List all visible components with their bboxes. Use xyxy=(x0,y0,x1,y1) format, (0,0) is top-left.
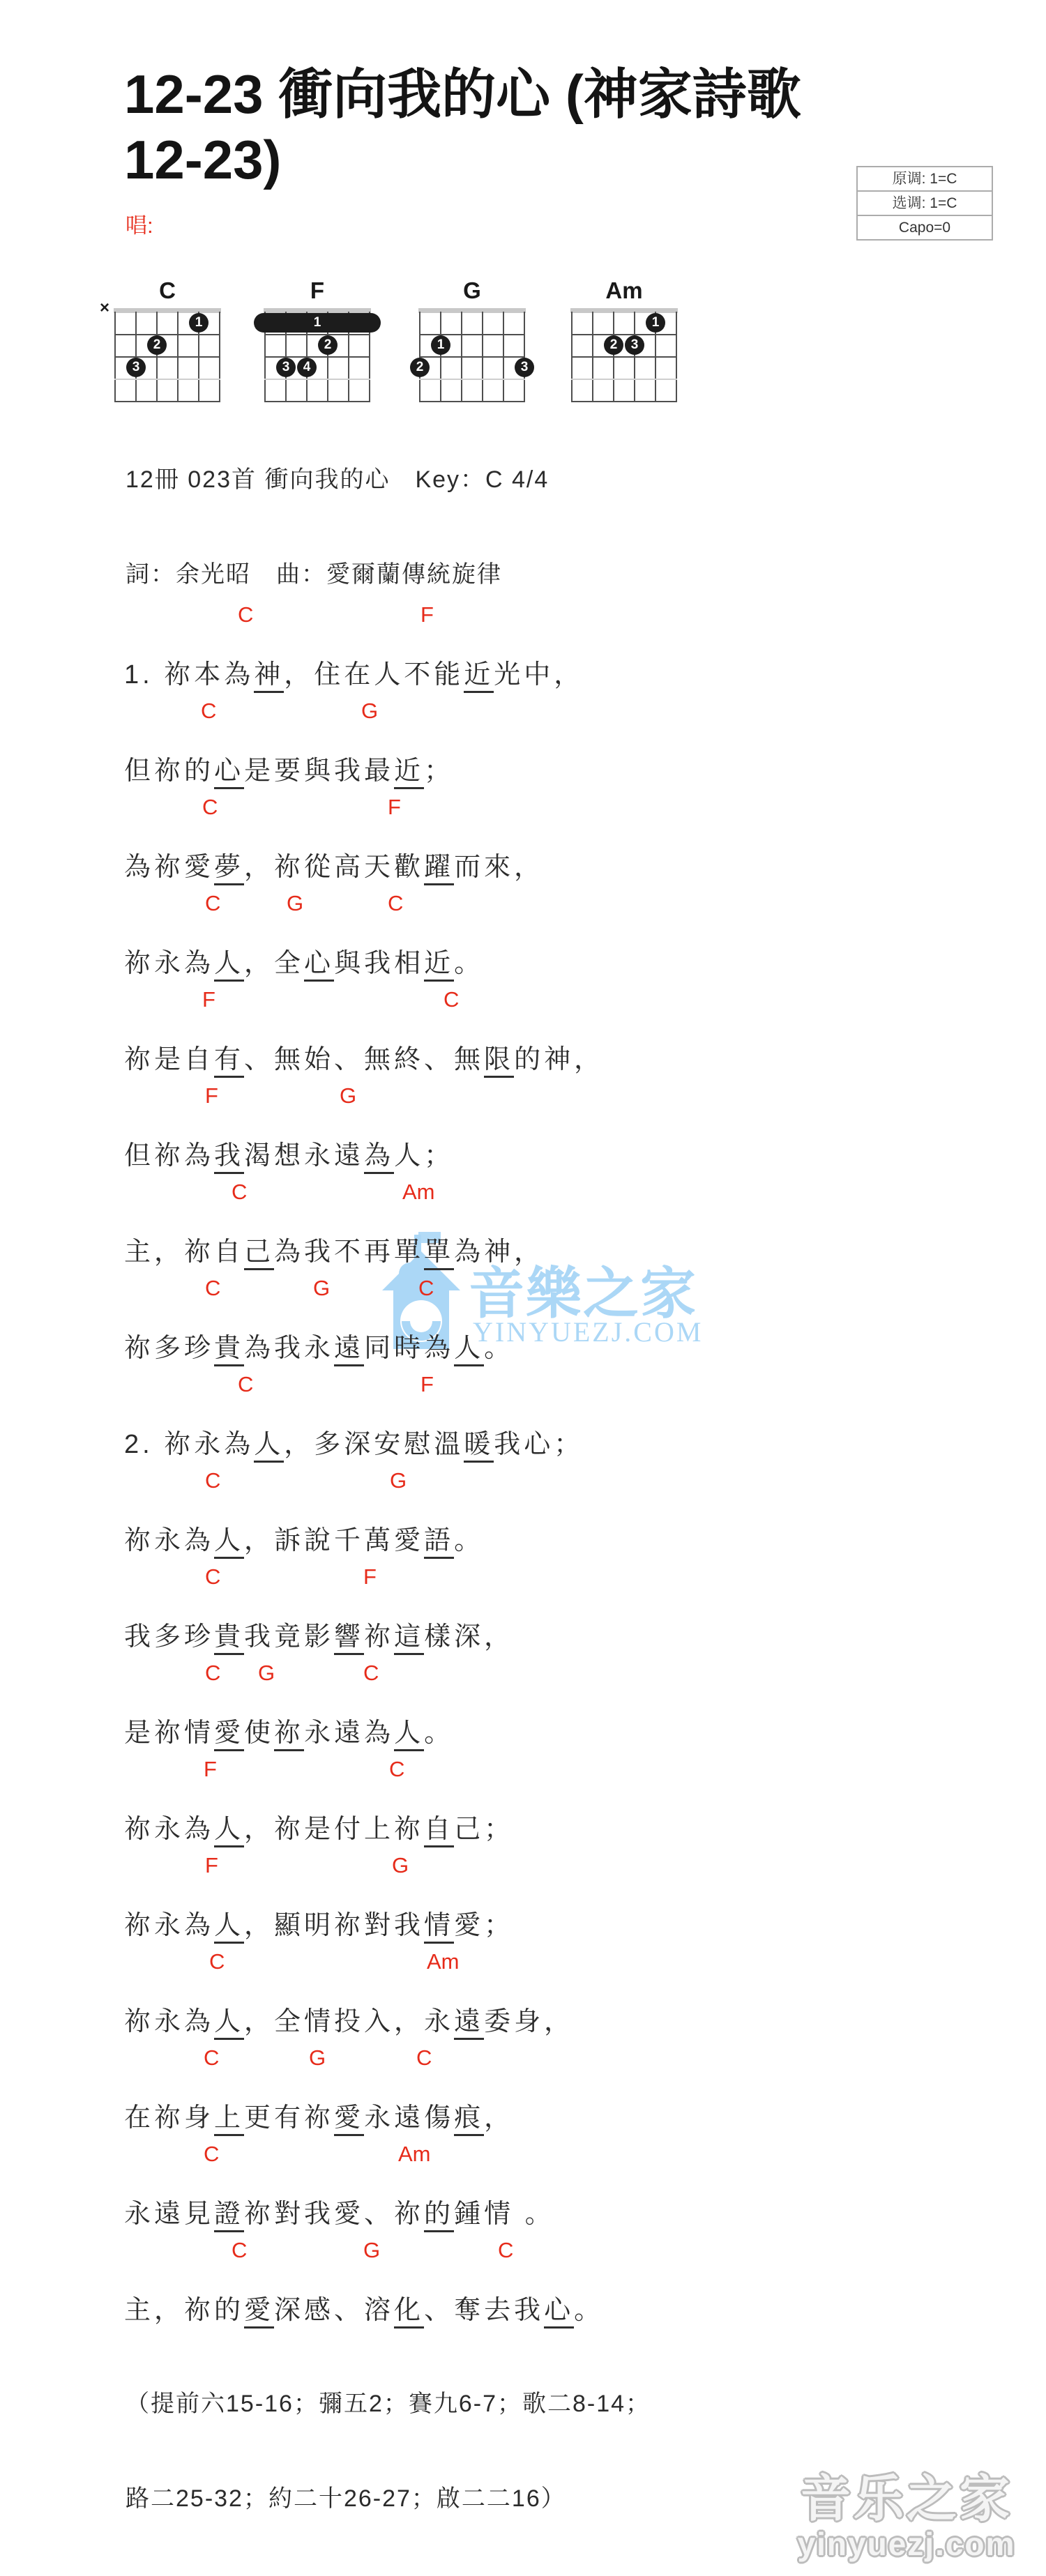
lyric-text: 祢永為 xyxy=(124,1526,214,1555)
lyric-line: 但祢的心是要與我最近； xyxy=(124,741,989,789)
chord-diagram-Am: Am123 xyxy=(551,277,699,418)
lyric-underlined-char: 愛 xyxy=(244,2296,274,2329)
chord-line: CGC xyxy=(124,2232,989,2280)
lyric-underlined-char: 有 xyxy=(214,1045,244,1078)
lyric-text: 祢 xyxy=(364,1622,394,1652)
finger-dot: 2 xyxy=(147,335,167,355)
chord-label-G: G xyxy=(258,1661,275,1686)
chord-label-C: C xyxy=(204,2045,219,2071)
lyric-text: 我心； xyxy=(494,1430,584,1459)
lyric-text: 己； xyxy=(454,1815,514,1844)
watermark-corner-url: yinyuezj.com xyxy=(782,2525,1031,2563)
lyric-text: 。 xyxy=(454,949,484,978)
lyric-text: 樣深， xyxy=(424,1622,514,1652)
chord-label-C: C xyxy=(388,891,403,916)
lyric-line: 我多珍貴我竟影響祢這樣深， xyxy=(124,1607,989,1655)
lyric-text: 為我永 xyxy=(244,1334,334,1363)
chord-line: CGC xyxy=(124,885,989,933)
chord-label-C: C xyxy=(363,1661,379,1686)
chord-label-C: C xyxy=(498,2238,513,2263)
chord-line: CG xyxy=(124,693,989,741)
chord-label-F: F xyxy=(420,1372,434,1397)
key-box-row-2: Capo=0 xyxy=(856,215,993,241)
chord-label-G: G xyxy=(361,699,378,724)
finger-dot: 1 xyxy=(189,313,209,333)
watermark-corner-text: 音乐之家 xyxy=(782,2474,1031,2525)
chord-label-C: C xyxy=(444,987,459,1012)
chord-label-Am: Am xyxy=(427,1949,460,1974)
chord-line: CF xyxy=(124,597,989,645)
fret-line xyxy=(571,401,677,402)
page-title-line2: 12-23) xyxy=(124,127,947,192)
lyric-line: 在祢身上更有祢愛永遠傷痕， xyxy=(124,2088,989,2136)
lyric-underlined-char: 愛 xyxy=(214,1718,244,1751)
lyric-text: 我竟影 xyxy=(244,1622,334,1652)
lyric-underlined-char: 的 xyxy=(424,2200,454,2232)
chord-line: FG xyxy=(124,1078,989,1126)
finger-dot: 1 xyxy=(646,313,665,333)
lyric-text: ，顯明祢對我 xyxy=(244,1911,424,1940)
lyric-text: 祢對我愛、祢 xyxy=(244,2200,424,2229)
lyric-text: 、奪去我 xyxy=(424,2296,544,2325)
song-meta-line1: 12冊 023首 衝向我的心 Key：C 4/4 xyxy=(126,460,549,494)
finger-dot: 1 xyxy=(431,335,450,355)
chord-label-G: G xyxy=(309,2045,326,2071)
lyric-line: 2. 祢永為人，多深安慰溫暖我心； xyxy=(124,1415,989,1463)
chord-label-G: G xyxy=(390,1468,407,1493)
fret-line xyxy=(114,334,220,335)
chord-label-C: C xyxy=(209,1949,225,1974)
chord-label-C: C xyxy=(238,1372,253,1397)
fret-line xyxy=(114,356,220,358)
lyric-underlined-char: 遠 xyxy=(334,1334,364,1366)
lyric-underlined-char: 愛 xyxy=(334,2103,364,2136)
lyric-underlined-char: 神 xyxy=(254,660,284,693)
nut-bar xyxy=(418,308,526,313)
lyric-underlined-char: 痕 xyxy=(454,2103,484,2136)
lyric-underlined-char: 人 xyxy=(214,2007,244,2040)
chord-label-G: G xyxy=(313,1276,330,1301)
chord-label-C: C xyxy=(204,2142,219,2167)
lyric-text: ， xyxy=(484,2103,514,2133)
lyric-text: 。 xyxy=(454,1526,484,1555)
lyric-text: ； xyxy=(424,756,454,786)
chord-label-F: F xyxy=(202,987,215,1012)
chord-line: CGC xyxy=(124,1270,989,1318)
chord-name-label: F xyxy=(265,277,370,304)
chord-label-C: C xyxy=(205,1661,220,1686)
sing-label: 唱: xyxy=(126,208,153,239)
chord-label-Am: Am xyxy=(398,2142,431,2167)
lyric-text: 祢多珍 xyxy=(124,1334,214,1363)
finger-dot: 3 xyxy=(625,335,644,355)
lyric-underlined-char: 情 xyxy=(424,1911,454,1944)
chord-line: CAm xyxy=(124,1944,989,1992)
lyric-text: 祢永為 xyxy=(124,1815,214,1844)
lyric-text: 主，祢自 xyxy=(124,1237,244,1267)
lyric-line: 是祢情愛使祢永遠為人。 xyxy=(124,1703,989,1751)
lyric-underlined-char: 心 xyxy=(544,2296,574,2329)
chord-line: CG xyxy=(124,1463,989,1511)
fret-line xyxy=(264,379,370,380)
watermark-corner: 音乐之家 yinyuezj.com xyxy=(782,2474,1031,2563)
lyric-text: 與我相 xyxy=(334,949,424,978)
lyric-underlined-char: 祢 xyxy=(274,1718,304,1751)
lyric-line: 祢永為人，全情投入，永遠委身， xyxy=(124,1992,989,2040)
chord-label-Am: Am xyxy=(402,1180,435,1205)
lyric-underlined-char: 近 xyxy=(424,949,454,982)
lyric-text: 祢永為 xyxy=(124,2007,214,2036)
finger-dot: 3 xyxy=(126,358,146,377)
lyric-underlined-char: 人 xyxy=(254,1430,284,1463)
lyric-underlined-char: 化 xyxy=(394,2296,424,2329)
lyric-text: 主，祢的 xyxy=(124,2296,244,2325)
lyric-underlined-char: 這 xyxy=(394,1622,424,1655)
lyric-underlined-char: 單 xyxy=(424,1237,454,1270)
chord-line: CAm xyxy=(124,1174,989,1222)
lyric-text: 為我不再單 xyxy=(274,1237,424,1267)
scripture-refs-line2: 路二25-32；約二十26-27；啟二二16） xyxy=(126,2479,566,2513)
chord-label-F: F xyxy=(420,602,434,627)
lyric-text: 1. 祢本為 xyxy=(124,660,254,689)
finger-dot: 2 xyxy=(410,358,430,377)
chord-label-C: C xyxy=(205,1276,220,1301)
lyric-underlined-char: 貴 xyxy=(214,1334,244,1366)
lyric-underlined-char: 語 xyxy=(424,1526,454,1559)
lyric-underlined-char: 暖 xyxy=(464,1430,494,1463)
finger-dot: 4 xyxy=(297,358,317,377)
lyric-text: 同時為 xyxy=(364,1334,454,1363)
nut-bar xyxy=(114,308,221,313)
lyric-line: 祢永為人，祢是付上祢自己； xyxy=(124,1799,989,1847)
chord-line: FG xyxy=(124,1847,989,1896)
lyric-underlined-char: 限 xyxy=(484,1045,514,1078)
finger-dot: 2 xyxy=(604,335,623,355)
lyric-text: 是要與我最 xyxy=(244,756,394,786)
lyric-text: 。 xyxy=(484,1334,514,1363)
chord-label-C: C xyxy=(389,1757,404,1782)
lyric-text: 光中， xyxy=(494,660,584,689)
nut-bar xyxy=(570,308,678,313)
lyric-text: 而來， xyxy=(454,853,544,882)
lyric-line: 但祢為我渴想永遠為人； xyxy=(124,1126,989,1174)
chord-label-C: C xyxy=(205,1564,220,1590)
lyric-text: ，多深安慰溫 xyxy=(284,1430,464,1459)
lyric-text: 永遠見 xyxy=(124,2200,214,2229)
chord-label-F: F xyxy=(205,1083,218,1108)
lyric-text: 祢是自 xyxy=(124,1045,214,1074)
nut-bar xyxy=(264,308,371,313)
lyric-underlined-char: 為 xyxy=(364,1141,394,1174)
lyric-text: 為祢愛 xyxy=(124,853,214,882)
lyric-underlined-char: 自 xyxy=(424,1815,454,1847)
lyric-line: 祢是自有、無始、無終、無限的神， xyxy=(124,1030,989,1078)
lyric-text: ，全情投入，永 xyxy=(244,2007,454,2036)
fret-line xyxy=(264,401,370,402)
lyric-text: 在祢身 xyxy=(124,2103,214,2133)
chord-label-C: C xyxy=(205,1468,220,1493)
lyric-text: 、無始、無終、無 xyxy=(244,1045,484,1074)
chord-line: FC xyxy=(124,982,989,1030)
chord-label-F: F xyxy=(363,1564,377,1590)
chord-sheet-page: 12-23 衝向我的心 (神家詩歌 12-23) 唱: 原调: 1=C选调: 1… xyxy=(0,0,1046,2576)
lyric-text: 委身， xyxy=(484,2007,574,2036)
chord-label-G: G xyxy=(287,891,303,916)
chord-diagram-G: G123 xyxy=(399,277,547,418)
chord-label-C: C xyxy=(232,2238,247,2263)
page-title: 12-23 衝向我的心 (神家詩歌 12-23) xyxy=(124,61,947,192)
fret-line xyxy=(419,334,525,335)
page-title-line1: 12-23 衝向我的心 (神家詩歌 xyxy=(124,61,947,127)
fret-line xyxy=(419,379,525,380)
chord-label-F: F xyxy=(204,1757,217,1782)
chord-label-C: C xyxy=(201,699,216,724)
lyric-underlined-char: 近 xyxy=(394,756,424,789)
fret-line xyxy=(571,356,677,358)
lyric-line: 永遠見證祢對我愛、祢的鍾情 。 xyxy=(124,2184,989,2232)
lyric-text: 鍾情 。 xyxy=(454,2200,555,2229)
lyric-text: 。 xyxy=(574,2296,604,2325)
chord-label-C: C xyxy=(238,602,253,627)
lyric-text: 2. 祢永為 xyxy=(124,1430,254,1459)
muted-string-icon: × xyxy=(100,298,109,318)
chord-label-G: G xyxy=(392,1853,409,1878)
key-box-row-0: 原调: 1=C xyxy=(856,166,993,192)
lyric-text: 但祢的 xyxy=(124,756,214,786)
chord-line: CF xyxy=(124,1366,989,1415)
lyric-text: 人； xyxy=(394,1141,454,1171)
chord-line: CAm xyxy=(124,2136,989,2184)
chord-name-label: G xyxy=(420,277,524,304)
lyric-text: 永遠傷 xyxy=(364,2103,454,2133)
lyric-line: 主，祢的愛深感、溶化、奪去我心。 xyxy=(124,2280,989,2329)
lyric-underlined-char: 心 xyxy=(304,949,334,982)
chord-label-C: C xyxy=(202,795,218,820)
lyric-underlined-char: 人 xyxy=(394,1718,424,1751)
lyric-text: 為神， xyxy=(454,1237,544,1267)
lyric-text: 永遠為 xyxy=(304,1718,394,1748)
lyric-text: 祢永為 xyxy=(124,949,214,978)
chord-line: FC xyxy=(124,1751,989,1799)
lyric-line: 祢多珍貴為我永遠同時為人。 xyxy=(124,1318,989,1366)
lyric-text: ，全 xyxy=(244,949,304,978)
lyric-text: ，訴說千萬愛 xyxy=(244,1526,424,1555)
lyric-line: 祢永為人，全心與我相近。 xyxy=(124,933,989,982)
fret-line xyxy=(114,401,220,402)
chord-label-C: C xyxy=(232,1180,247,1205)
chord-name-label: C xyxy=(115,277,220,304)
lyric-underlined-char: 人 xyxy=(214,1815,244,1847)
chord-label-C: C xyxy=(418,1276,434,1301)
lyric-underlined-char: 人 xyxy=(214,1911,244,1944)
chord-label-C: C xyxy=(205,891,220,916)
lyric-text: 愛； xyxy=(454,1911,514,1940)
lyric-underlined-char: 夢 xyxy=(214,853,244,885)
fret-line xyxy=(571,334,677,335)
song-meta-line2: 詞：余光昭 曲：愛爾蘭傳統旋律 xyxy=(126,555,502,589)
chord-diagram-F: F1234 xyxy=(244,277,392,418)
chord-line: CGC xyxy=(124,2040,989,2088)
lyric-line: 主，祢自己為我不再單單為神， xyxy=(124,1222,989,1270)
lyric-text: 。 xyxy=(424,1718,454,1748)
lyric-text: 渴想永遠 xyxy=(244,1141,364,1171)
fret-line xyxy=(264,334,370,335)
lyric-line: 祢永為人，顯明祢對我情愛； xyxy=(124,1896,989,1944)
lyric-underlined-char: 己 xyxy=(244,1237,274,1270)
finger-dot: 3 xyxy=(515,358,534,377)
lyric-text: 的神， xyxy=(514,1045,604,1074)
lyric-underlined-char: 躍 xyxy=(424,853,454,885)
fret-line xyxy=(419,401,525,402)
lyric-underlined-char: 人 xyxy=(214,949,244,982)
lyric-underlined-char: 遠 xyxy=(454,2007,484,2040)
fret-line xyxy=(114,379,220,380)
lyric-text: ，住在人不能 xyxy=(284,660,464,689)
lyric-text: 更有祢 xyxy=(244,2103,334,2133)
lyric-underlined-char: 貴 xyxy=(214,1622,244,1655)
lyric-text: 是祢情 xyxy=(124,1718,214,1748)
lyric-underlined-char: 響 xyxy=(334,1622,364,1655)
fret-line xyxy=(419,356,525,358)
lyric-underlined-char: 證 xyxy=(214,2200,244,2232)
chord-label-C: C xyxy=(416,2045,432,2071)
chord-line: CF xyxy=(124,789,989,837)
lyric-text: 使 xyxy=(244,1718,274,1748)
lyric-underlined-char: 上 xyxy=(214,2103,244,2136)
key-box-row-1: 选调: 1=C xyxy=(856,190,993,216)
finger-dot: 3 xyxy=(276,358,296,377)
fret-line xyxy=(264,356,370,358)
chord-label-G: G xyxy=(363,2238,380,2263)
lyric-text: 但祢為 xyxy=(124,1141,214,1171)
lyric-underlined-char: 我 xyxy=(214,1141,244,1174)
lyric-line: 祢永為人，訴說千萬愛語。 xyxy=(124,1511,989,1559)
lyric-underlined-char: 人 xyxy=(454,1334,484,1366)
lyric-underlined-char: 人 xyxy=(214,1526,244,1559)
lyric-text: 祢永為 xyxy=(124,1911,214,1940)
lyric-text: 深感、溶 xyxy=(274,2296,394,2325)
chord-line: CGC xyxy=(124,1655,989,1703)
chord-name-label: Am xyxy=(572,277,676,304)
fret-line xyxy=(571,379,677,380)
chord-line: CF xyxy=(124,1559,989,1607)
barre-bar: 1 xyxy=(254,313,381,333)
lyric-line: 1. 祢本為神，住在人不能近光中， xyxy=(124,645,989,693)
chord-diagram-C: C×123 xyxy=(94,277,242,418)
key-info-box: 原调: 1=C选调: 1=CCapo=0 xyxy=(856,166,993,241)
lyric-text: ，祢是付上祢 xyxy=(244,1815,424,1844)
lyric-line: 為祢愛夢，祢從高天歡躍而來， xyxy=(124,837,989,885)
chord-label-G: G xyxy=(340,1083,356,1108)
lyric-underlined-char: 心 xyxy=(214,756,244,789)
chord-label-F: F xyxy=(388,795,401,820)
scripture-refs-line1: （提前六15-16；彌五2；賽九6-7；歌二8-14； xyxy=(126,2384,651,2418)
lyric-text: 我多珍 xyxy=(124,1622,214,1652)
song-body: CF1. 祢本為神，住在人不能近光中，CG但祢的心是要與我最近；CF為祢愛夢，祢… xyxy=(124,597,989,2329)
lyric-underlined-char: 近 xyxy=(464,660,494,693)
finger-dot: 2 xyxy=(318,335,338,355)
lyric-text: ，祢從高天歡 xyxy=(244,853,424,882)
chord-label-F: F xyxy=(205,1853,218,1878)
